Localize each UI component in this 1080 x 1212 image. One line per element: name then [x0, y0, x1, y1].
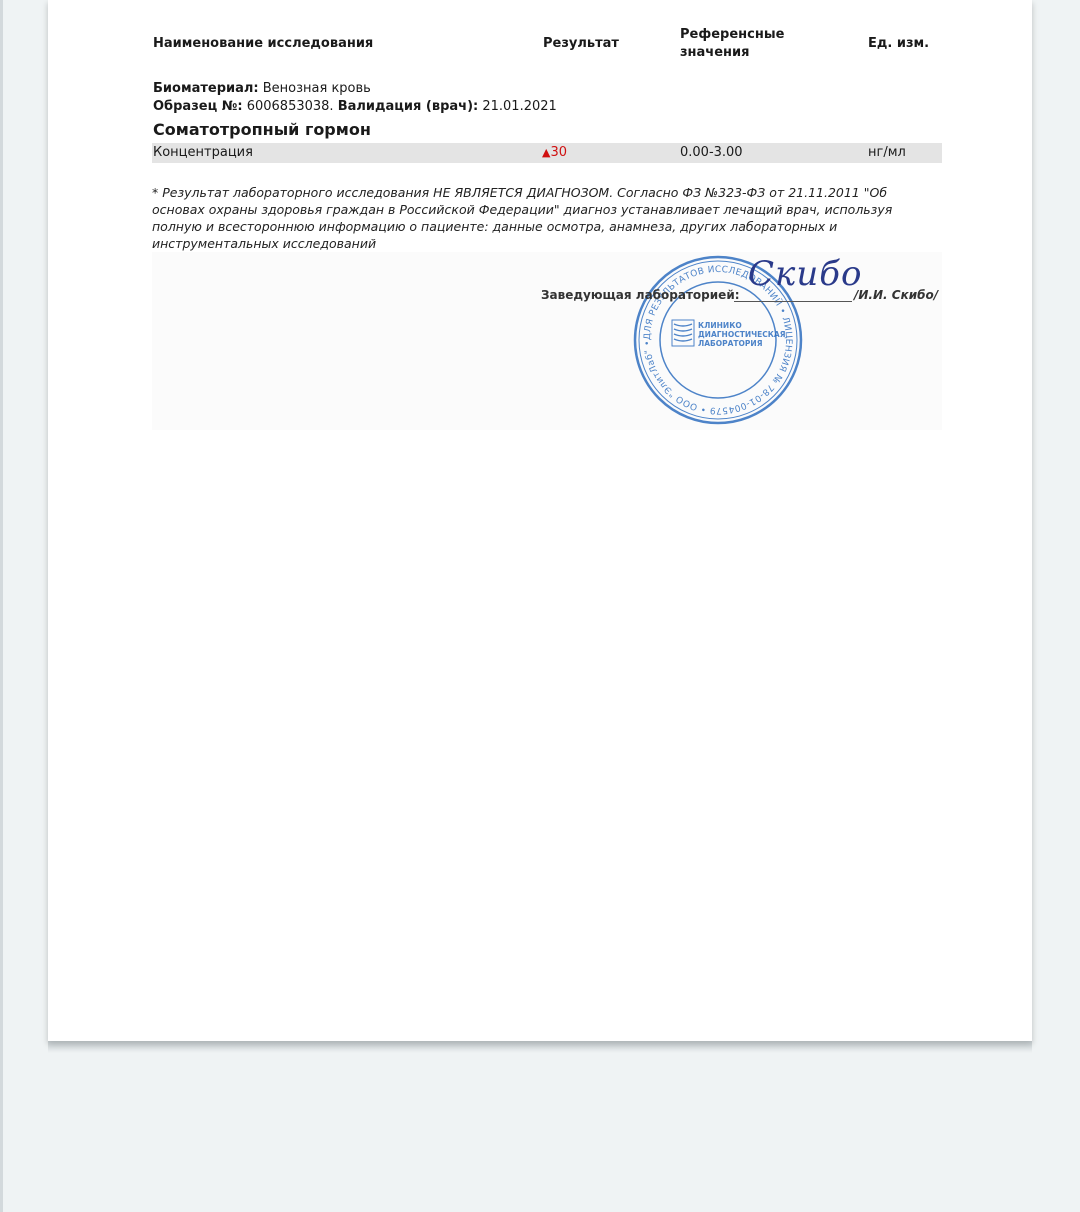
result-reference: 0.00-3.00: [680, 143, 743, 163]
result-name: Концентрация: [153, 143, 253, 163]
table-row: Концентрация ▲30 0.00-3.00 нг/мл: [152, 143, 942, 163]
svg-text:ДИАГНОСТИЧЕСКАЯ: ДИАГНОСТИЧЕСКАЯ: [698, 330, 786, 339]
signature-block: ДЛЯ РЕЗУЛЬТАТОВ ИССЛЕДОВАНИЙ • ЛИЦЕНЗИЯ …: [152, 252, 942, 430]
header-units: Ед. изм.: [868, 36, 929, 51]
handwritten-signature: Скибо: [748, 254, 862, 294]
result-number: 30: [550, 145, 567, 160]
sample-meta: Биоматериал: Венозная кровь Образец №: 6…: [153, 80, 557, 116]
section-title: Соматотропный гормон: [153, 120, 371, 139]
disclaimer-line: * Результат лабораторного исследования Н…: [152, 184, 912, 201]
validation-label: Валидация (врач):: [338, 99, 479, 114]
page-shadow: [48, 1041, 1032, 1053]
sample-value: 6006853038.: [247, 99, 334, 114]
signature-name: /И.И. Скибо/: [854, 288, 938, 302]
sample-line: Образец №: 6006853038. Валидация (врач):…: [153, 98, 557, 116]
result-value: ▲30: [542, 143, 567, 163]
result-units: нг/мл: [868, 143, 906, 163]
disclaimer-line: инструментальных исследований: [152, 235, 912, 252]
header-name: Наименование исследования: [153, 36, 373, 51]
disclaimer: * Результат лабораторного исследования Н…: [152, 184, 912, 252]
header-reference: Референсные значения: [680, 26, 784, 62]
header-reference-line2: значения: [680, 45, 750, 60]
biomaterial-label: Биоматериал:: [153, 81, 259, 96]
table-header: Наименование исследования Результат Рефе…: [152, 26, 942, 66]
signature-line: [734, 301, 852, 302]
header-reference-line1: Референсные: [680, 27, 784, 42]
svg-text:КЛИНИКО: КЛИНИКО: [698, 321, 742, 330]
biomaterial-line: Биоматериал: Венозная кровь: [153, 80, 557, 98]
validation-value: 21.01.2021: [482, 99, 556, 114]
signature-label: Заведующая лабораторией:: [541, 288, 740, 302]
svg-text:ЛАБОРАТОРИЯ: ЛАБОРАТОРИЯ: [698, 339, 763, 348]
header-result: Результат: [543, 36, 619, 51]
sample-label: Образец №:: [153, 99, 243, 114]
viewer-left-edge: [0, 0, 3, 1212]
biomaterial-value: Венозная кровь: [263, 81, 371, 96]
disclaimer-line: полную и всестороннюю информацию о пацие…: [152, 218, 912, 235]
disclaimer-line: основах охраны здоровья граждан в Россий…: [152, 201, 912, 218]
document-page: Наименование исследования Результат Рефе…: [48, 0, 1032, 1041]
